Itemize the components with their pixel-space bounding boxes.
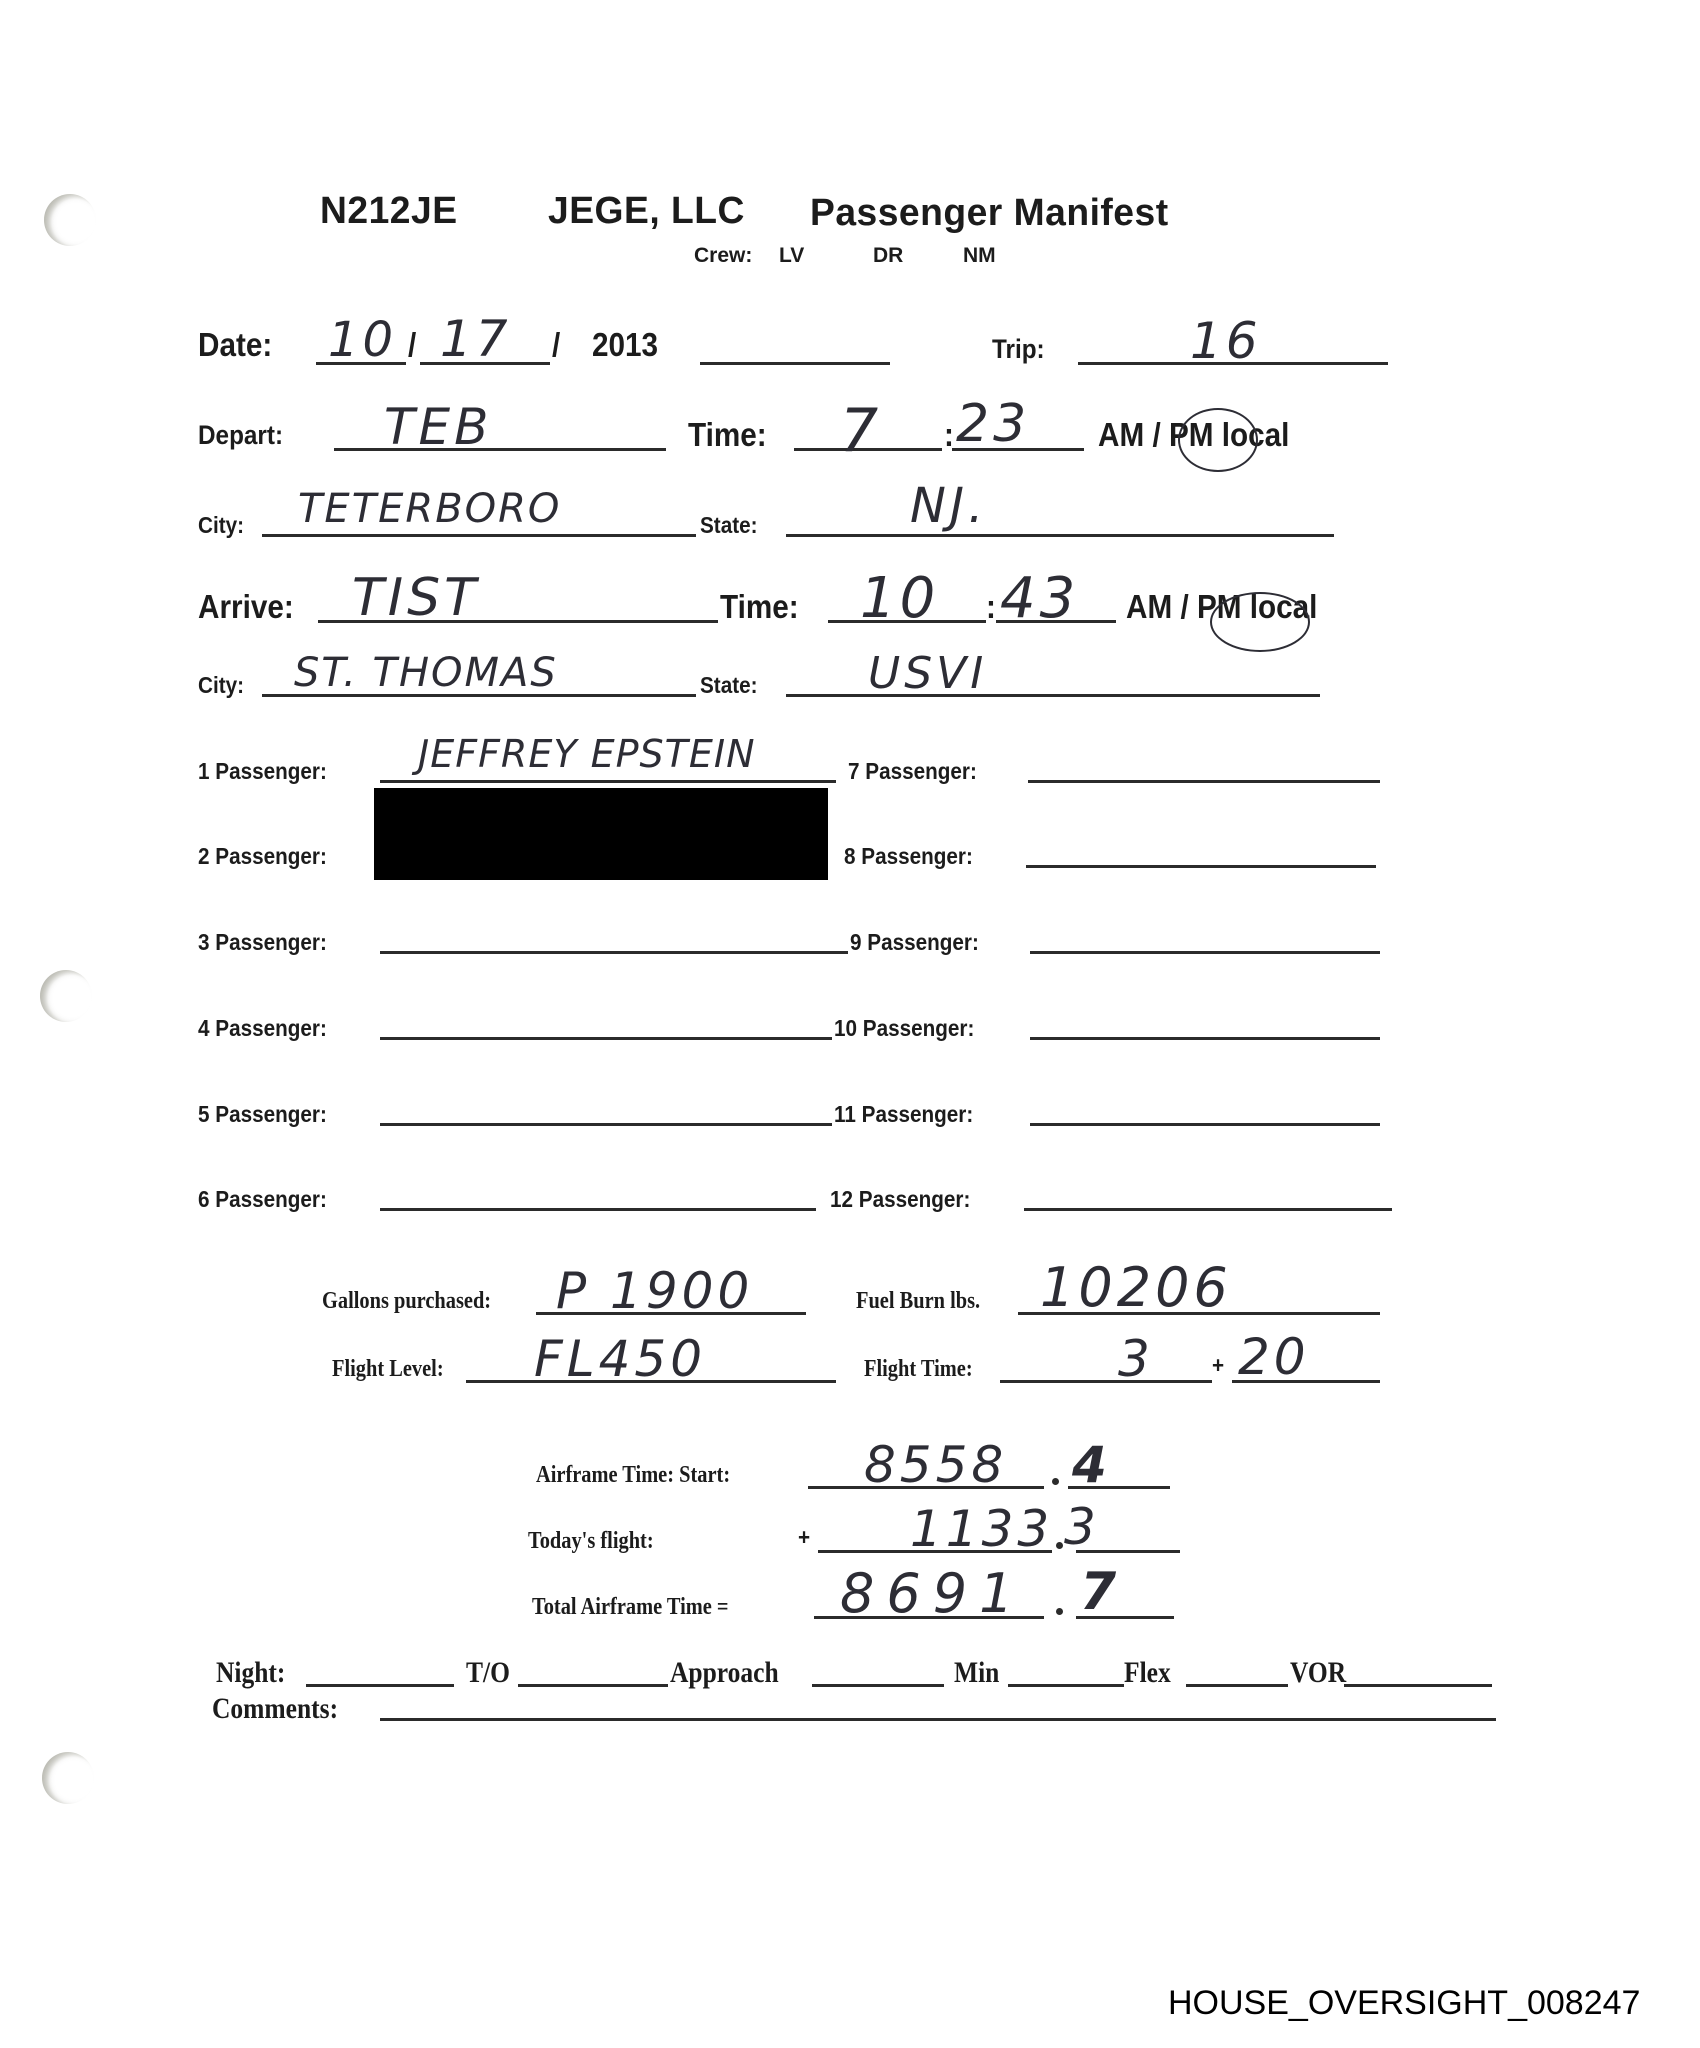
date-sep-1: / [408, 326, 416, 364]
passenger-11-line[interactable] [1030, 1123, 1380, 1126]
arrive-label: Arrive: [198, 588, 294, 626]
todays-flight-decimal [1056, 1542, 1063, 1549]
airframe-start-whole[interactable]: 8558 [864, 1436, 1007, 1494]
passenger-11-label: 11 Passenger: [834, 1101, 973, 1128]
arrive-time-colon: : [986, 588, 996, 626]
todays-flight-label: Today's flight: [528, 1528, 654, 1555]
night-label: Night: [216, 1656, 285, 1690]
passenger-12-line[interactable] [1024, 1208, 1392, 1211]
passenger-3-line[interactable] [380, 951, 848, 954]
passenger-7-line[interactable] [1028, 780, 1380, 783]
depart-state-value[interactable]: NJ. [910, 478, 987, 534]
trip-value[interactable]: 16 [1190, 312, 1262, 370]
night-line[interactable] [306, 1684, 454, 1687]
flight-time-minutes[interactable]: 20 [1238, 1328, 1310, 1386]
to-line[interactable] [518, 1684, 668, 1687]
arrive-city-label: City: [198, 672, 244, 699]
date-year-line [700, 362, 890, 365]
passenger-2-redaction [374, 788, 828, 880]
arrive-time-label: Time: [720, 588, 799, 626]
flex-line[interactable] [1186, 1684, 1288, 1687]
depart-label: Depart: [198, 420, 283, 451]
arrive-minute-value[interactable]: 43 [1000, 566, 1079, 631]
approach-label: Approach [670, 1656, 779, 1690]
to-label: T/O [466, 1656, 510, 1690]
passenger-9-line[interactable] [1030, 951, 1380, 954]
total-airframe-label: Total Airframe Time = [532, 1594, 729, 1621]
passenger-4-line[interactable] [380, 1037, 832, 1040]
crew-member-3: NM [963, 244, 996, 268]
arrive-state-line [786, 694, 1320, 697]
gallons-value[interactable]: P 1900 [556, 1262, 753, 1320]
total-airframe-whole[interactable]: 8691 [840, 1562, 1025, 1625]
approach-line[interactable] [812, 1684, 944, 1687]
flight-time-hours-line [1000, 1380, 1212, 1383]
passenger-2-label: 2 Passenger: [198, 843, 327, 870]
arrive-state-label: State: [700, 672, 758, 699]
airframe-start-label: Airframe Time: Start: [536, 1462, 730, 1489]
vor-label: VOR [1290, 1656, 1346, 1690]
min-line[interactable] [1008, 1684, 1124, 1687]
arrive-state-value[interactable]: USVI [868, 648, 987, 699]
todays-flight-whole[interactable]: 1133 [910, 1500, 1053, 1558]
date-sep-2: / [552, 326, 560, 364]
depart-time-label: Time: [688, 416, 767, 454]
depart-minute-value[interactable]: 23 [956, 394, 1030, 454]
arrive-pm-circle[interactable] [1210, 592, 1310, 652]
todays-flight-tenths[interactable]: 3 [1064, 1498, 1100, 1556]
arrive-city-value[interactable]: ST. THOMAS [294, 650, 558, 696]
tail-number: N212JE [320, 190, 458, 233]
total-airframe-tenths[interactable]: 7 [1080, 1562, 1120, 1622]
date-month-value[interactable]: 10 [328, 312, 397, 368]
arrive-value[interactable]: TIST [352, 568, 480, 628]
passenger-9-label: 9 Passenger: [850, 929, 979, 956]
punch-hole-top [44, 194, 96, 246]
vor-line[interactable] [1344, 1684, 1492, 1687]
depart-value[interactable]: TEB [384, 398, 492, 456]
crew-member-1: LV [779, 244, 804, 268]
comments-label: Comments: [212, 1692, 338, 1726]
depart-pm-circle[interactable] [1178, 408, 1258, 472]
passenger-5-label: 5 Passenger: [198, 1101, 327, 1128]
depart-state-label: State: [700, 512, 758, 539]
date-year: 2013 [592, 326, 658, 364]
crew-member-2: DR [873, 244, 903, 268]
passenger-8-line[interactable] [1026, 865, 1376, 868]
company-name: JEGE, LLC [548, 190, 745, 233]
passenger-12-label: 12 Passenger: [830, 1186, 970, 1213]
passenger-6-label: 6 Passenger: [198, 1186, 327, 1213]
passenger-5-line[interactable] [380, 1123, 832, 1126]
passenger-4-label: 4 Passenger: [198, 1015, 327, 1042]
flight-level-label: Flight Level: [332, 1356, 444, 1383]
passenger-8-label: 8 Passenger: [844, 843, 973, 870]
flight-level-value[interactable]: FL450 [534, 1330, 706, 1388]
passenger-1-label: 1 Passenger: [198, 758, 327, 785]
passenger-3-label: 3 Passenger: [198, 929, 327, 956]
total-airframe-decimal [1056, 1608, 1063, 1615]
trip-label: Trip: [992, 334, 1045, 365]
crew-label: Crew: [694, 244, 752, 268]
flight-time-sep: + [1212, 1352, 1224, 1379]
min-label: Min [954, 1656, 999, 1690]
depart-hour-value[interactable]: 7 [840, 396, 882, 466]
passenger-1-line [380, 780, 836, 783]
passenger-7-label: 7 Passenger: [848, 758, 977, 785]
depart-city-label: City: [198, 512, 244, 539]
flight-time-hours[interactable]: 3 [1118, 1330, 1154, 1388]
fuel-burn-value[interactable]: 10206 [1040, 1256, 1232, 1319]
comments-line[interactable] [380, 1718, 1496, 1721]
airframe-start-tenths[interactable]: 4 [1072, 1436, 1111, 1494]
form-title: Passenger Manifest [810, 192, 1169, 235]
bates-number: HOUSE_OVERSIGHT_008247 [1168, 1984, 1640, 2023]
arrive-hour-value[interactable]: 10 [860, 566, 939, 631]
todays-flight-plus: + [798, 1524, 810, 1551]
punch-hole-middle [40, 970, 92, 1022]
flight-time-label: Flight Time: [864, 1356, 973, 1383]
passenger-10-label: 10 Passenger: [834, 1015, 974, 1042]
date-label: Date: [198, 326, 272, 364]
fuel-burn-label: Fuel Burn lbs. [856, 1288, 980, 1315]
depart-state-line [786, 534, 1334, 537]
flex-label: Flex [1124, 1656, 1171, 1690]
date-day-value[interactable]: 17 [440, 310, 512, 368]
depart-city-line [262, 534, 696, 537]
passenger-1-value[interactable]: JEFFREY EPSTEIN [418, 732, 756, 776]
punch-hole-bottom [42, 1752, 94, 1804]
airframe-start-decimal [1052, 1478, 1059, 1485]
gallons-label: Gallons purchased: [322, 1288, 491, 1315]
depart-city-value[interactable]: TETERBORO [298, 486, 561, 532]
passenger-10-line[interactable] [1030, 1037, 1380, 1040]
passenger-6-line[interactable] [380, 1208, 816, 1211]
